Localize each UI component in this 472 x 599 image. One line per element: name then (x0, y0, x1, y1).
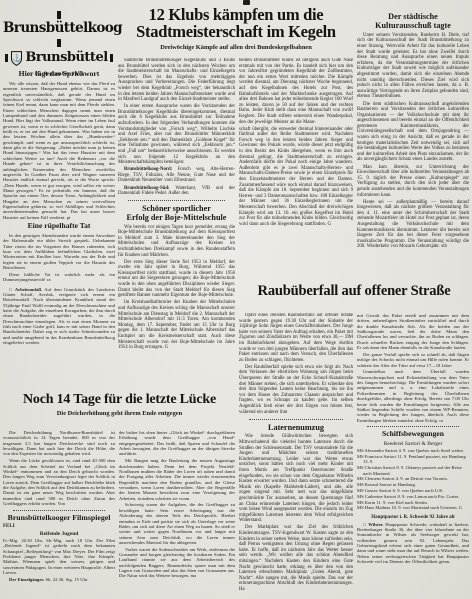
news-hauptpastor: □ Wilster. Hauptpastor Schwede, wohnhaft… (357, 522, 469, 565)
masthead-subtitle-text: Brunsbüttel (25, 51, 107, 65)
article-kegeln-column2: beiden Brunsbütteler Klubs ist übrigens … (239, 58, 353, 278)
masthead-title-text: Brunsbüttelkoog (3, 20, 122, 36)
article-kegeln-column1: Sämtliche Brunsbüttelkooger Kegelklubs u… (118, 58, 235, 391)
section-separator (13, 510, 105, 511)
masthead-ornament-bar (5, 54, 9, 62)
ship-movement-item: MS Gustav Sartori 6. 9. von Quebec nach … (357, 488, 469, 493)
article-deich-column1: Die Deicherhöhung Nordhusen-Brunsbüttel … (3, 430, 115, 599)
masthead-ornament-bar (57, 11, 61, 19)
paragraph: Mit Bangen mag die Bauleitung die nassen… (119, 458, 235, 501)
paragraph: Diese häßliche Tat ist wahrlich mehr als… (3, 272, 115, 283)
kegeln-headline-line2: Stadtmeisterschaft im Kegeln (116, 24, 356, 41)
paragraph: Der ganze Vorfall spielte sich so schnel… (357, 352, 469, 368)
scan-artifact (243, 0, 250, 5)
film-second-lead: Der Einzelgänger. (9, 577, 44, 582)
ship-movement-item: MS Karin 11. 9. von Kiel nach Stettin. (357, 500, 469, 505)
article-deich-column2: der bisher bis oben hinter „Glück im Win… (119, 430, 235, 599)
paragraph: Heute sei — außerplanmäßig — bereits dar… (357, 200, 469, 250)
ship-movement-item: MS Konsul Sartori in Hamburg. (357, 482, 469, 487)
kegeln-subheadline: Dreiwöchige Kämpfe auf allen drei Bundes… (116, 44, 356, 51)
paragraph: Wenn die Lücke geschlossen ist, sind run… (3, 458, 115, 506)
boje-title-line2: Erfolg der Boje-Mittelschule (127, 213, 227, 222)
article-boje-title: Schöner sportlicherErfolg der Boje-Mitte… (118, 204, 235, 222)
paragraph: Die dem städtischen Kulturausschuß angeh… (357, 102, 469, 164)
ship-movement-item: MS Alexandra Sartori 4. 9. von Quebec na… (357, 448, 469, 453)
schiffsbewegungen-title: Schiffsbewegungen (357, 430, 469, 439)
paragraph: Der Raubüberfall spielte sich etwa wie f… (239, 365, 353, 415)
paragraph: Unter seinem Vorsitzenden, Ratsherrn H. … (357, 33, 469, 100)
article-deich-header: Noch 14 Tage für die letzte Lücke Die De… (3, 392, 236, 428)
paragraph: Unmittelbar nach dem Überfall wurden Was… (357, 369, 469, 422)
news-lead: □ Arbeitsunfall. (9, 287, 42, 292)
ship-movement-item: MS Catherine Sartori 8. 9. von Limon nac… (357, 494, 469, 499)
paragraph: mit Gewalt das Paket entriß und zusammen… (357, 313, 469, 350)
club-list-lead: Brunsbüttelkoog-Nord: (124, 167, 172, 172)
paragraph: Schwierig waren die Aufgaben, die der Gr… (119, 502, 235, 545)
paragraph: Opfer eines dreisten Raubüberfalls auf o… (239, 313, 353, 363)
kultur-title-line1: Der städtische (388, 12, 438, 21)
deich-headline: Noch 14 Tage für die letzte Lücke (3, 392, 236, 408)
paragraph: Vorher waren die Sodenschneider am Werk,… (119, 547, 235, 579)
section-separator (128, 200, 225, 201)
film-feature-title: Reifende Jugend (3, 531, 115, 537)
article-raububerfall-column1: Opfer eines dreisten Raubüberfalls auf o… (239, 313, 353, 599)
paragraph: Man kam überein, zur Unterrichtung der E… (357, 165, 469, 199)
article-sprichwort-column: Hier lügt das Sprichwort Wir alle wissen… (3, 68, 115, 391)
cinema-name: FELI (3, 524, 115, 529)
masthead-title-line2: ⚓ Brunsbüttel (3, 51, 115, 66)
paragraph: der bisher bis oben hinter „Glück im Win… (119, 430, 235, 457)
masthead: Brunsbüttelkoog ⚓ Brunsbüttel 15. Septem… (3, 7, 115, 77)
article-raububerfall-column2: mit Gewalt das Paket entriß und zusammen… (357, 313, 469, 599)
news-arbeitsunfall: □ Arbeitsunfall. Auf dem Grundstück des … (3, 287, 115, 346)
schiffsbewegungen-reederei: Reederei Sartori & Berger (357, 441, 469, 447)
club-list-nord: Brunsbüttelkoog-Nord: Forsch weg, Alte-H… (118, 167, 235, 184)
paragraph: Sämtliche Brunsbüttelkooger Kegelklubs u… (118, 58, 235, 103)
deich-subheadline: Die Deicherhöhung geht ihrem Ende entgeg… (3, 410, 236, 417)
article-sprichwort-title: Hier lügt das Sprichwort (3, 70, 115, 79)
article-ruepelhafte-tat-title: Eine rüpelhafte Tat (3, 222, 115, 231)
news-hauptpastor-title: Hauptpastor i. R. Schwede 92 Jahre alt (357, 515, 469, 520)
paragraph: Der erste Sieg dieser Serie fiel 1953 in… (118, 260, 235, 299)
article-laternenumzug-title: Laternenumzug (239, 423, 353, 432)
news-lead: □ Wilster. (363, 522, 383, 527)
paragraph: schaft übergibt, die entweder dreimal hi… (239, 127, 353, 228)
paragraph: Im Kreishandballturnier der Knaben der M… (118, 300, 235, 350)
raububerfall-headline: Raubüberfall auf offener Straße (239, 283, 469, 300)
news-text: Hauptpastor Schwede, wohnhaft in Itzehoe… (357, 522, 469, 564)
masthead-ornament-bar (110, 54, 114, 62)
masthead-ornament-bar (57, 39, 61, 47)
article-raububerfall-header: Raubüberfall auf offener Straße (239, 283, 469, 309)
paragraph: In den gestrigen Abendstunden wurde eine… (3, 233, 115, 270)
article-kulturausschuss-title: Der städtischeKulturausschuß tagte (357, 12, 469, 30)
news-text: Auf dem Grundstück des Landwirts Günter … (3, 287, 115, 345)
section-separator (249, 419, 343, 420)
article-kulturausschuss: Der städtischeKulturausschuß tagte Unter… (357, 10, 469, 280)
film-second-listing: Der Einzelgänger. Sb. 22.30, Stg. 15 Uhr (3, 577, 115, 582)
ship-movement-item: MS Christian Sartori 8. 9. Orkneys passi… (357, 465, 469, 476)
paragraph: Der Marktplatz war das Ziel des fröhlich… (239, 525, 353, 592)
paragraph: In einer ersten Aussprache waren die Vor… (118, 104, 235, 166)
newspaper-page: Brunsbüttelkoog ⚓ Brunsbüttel 15. Septem… (0, 0, 472, 599)
club-list-lead: Brunsbüttelkoog-Süd: (124, 186, 170, 191)
paragraph: Wie irrende Glühwürmchen bewegten sich M… (239, 434, 353, 524)
paragraph: Wie bereits vor einigen Tagen kurz gemel… (118, 225, 235, 259)
article-kegeln-header: 12 Klubs kämpfen um die Stadtmeisterscha… (116, 7, 356, 57)
paragraph: Wir alle wissen, daß der Hund ebenso wie… (3, 81, 115, 220)
filmspiegel-title: Brunsbüttelkooger Filmspiegel (3, 514, 115, 523)
film-review: Fr.-Mtg. 20.30 Uhr, Sb.-Mtg. auch 18 Uhr… (3, 538, 115, 575)
club-list-sued: Brunsbüttelkoog-Süd: Waterkant, VfB und … (118, 186, 235, 197)
section-separator (367, 426, 459, 427)
city-crest-icon: ⚓ (10, 51, 23, 66)
kultur-title-line2: Kulturausschuß tagte (375, 21, 451, 30)
film-second-text: Sb. 22.30, Stg. 15 Uhr (46, 577, 88, 582)
ship-movement-item: MS Hans Mathias 10. 9. von Mariestad nac… (357, 505, 469, 510)
masthead-title-line1: Brunsbüttelkoog (3, 7, 115, 50)
boje-title-line1: Schöner sportlicher (142, 204, 211, 213)
ship-movement-item: MS Clemens Sartori 4. 9. an Detroit von … (357, 476, 469, 481)
paragraph: beiden Brunsbütteler Klubs ist übrigens … (239, 58, 353, 125)
paragraph: Die Deicherhöhung Nordhusen-Brunsbüttel … (3, 430, 115, 457)
ship-movement-item: MS Francisca Sartori 11. 9. Pentland pas… (357, 454, 469, 465)
svg-text:⚓: ⚓ (12, 53, 21, 62)
